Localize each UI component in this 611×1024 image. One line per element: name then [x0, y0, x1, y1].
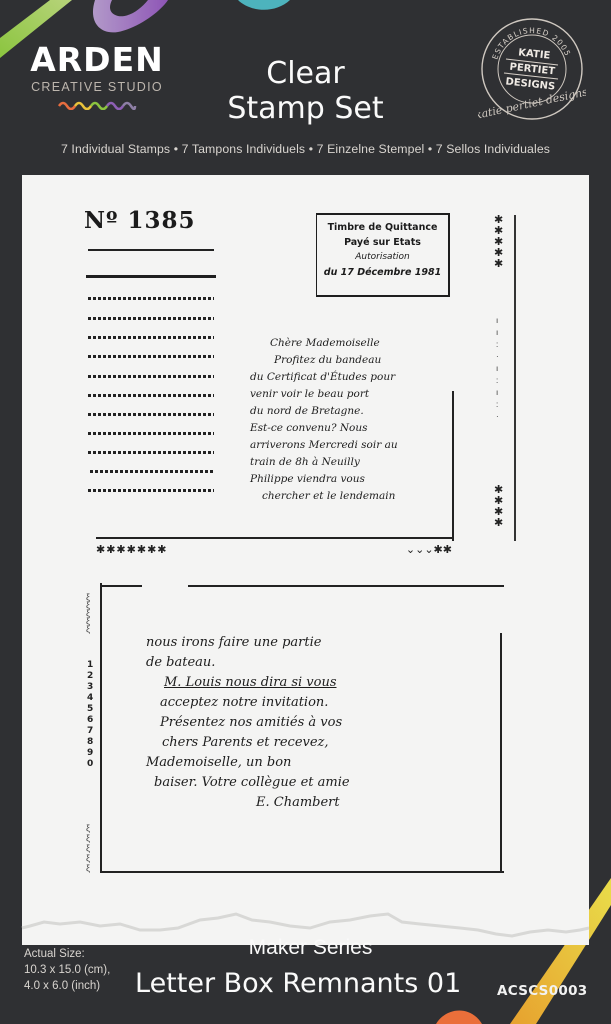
receipt-stamp: Timbre de Quittance Payé sur Etats Autor…: [316, 213, 450, 297]
stamp-count-languages: 7 Individual Stamps • 7 Tampons Individu…: [0, 142, 611, 156]
letter-text-2: nous irons faire une partie de bateau. M…: [146, 633, 466, 813]
series-name: Maker Series: [0, 936, 611, 960]
vertical-border-stamp: ✱✱✱✱✱ ıı:·ı:ı:· ✱✱✱✱: [492, 215, 518, 541]
product-name: Letter Box Remnants 01: [135, 968, 461, 999]
katie-pertiet-seal: ESTABLISHED 2005 KATIE PERTIET DESIGNS k…: [478, 15, 586, 123]
svg-text:katie pertiet designs: katie pertiet designs: [478, 85, 586, 122]
size-cm: 10.3 x 15.0 (cm),: [24, 962, 110, 978]
svg-text:DESIGNS: DESIGNS: [505, 76, 556, 92]
svg-text:KATIE: KATIE: [518, 47, 551, 61]
number-stamp: Nº 1385: [84, 207, 196, 234]
letter-text-1: Chère Mademoiselle Profitez du bandeau d…: [250, 335, 450, 505]
stamp-preview-sheet: Nº 1385 Timbre de Quittance Payé sur Eta…: [22, 175, 589, 945]
product-sku: ACSCS0003: [497, 983, 587, 999]
size-inch: 4.0 x 6.0 (inch): [24, 978, 110, 994]
